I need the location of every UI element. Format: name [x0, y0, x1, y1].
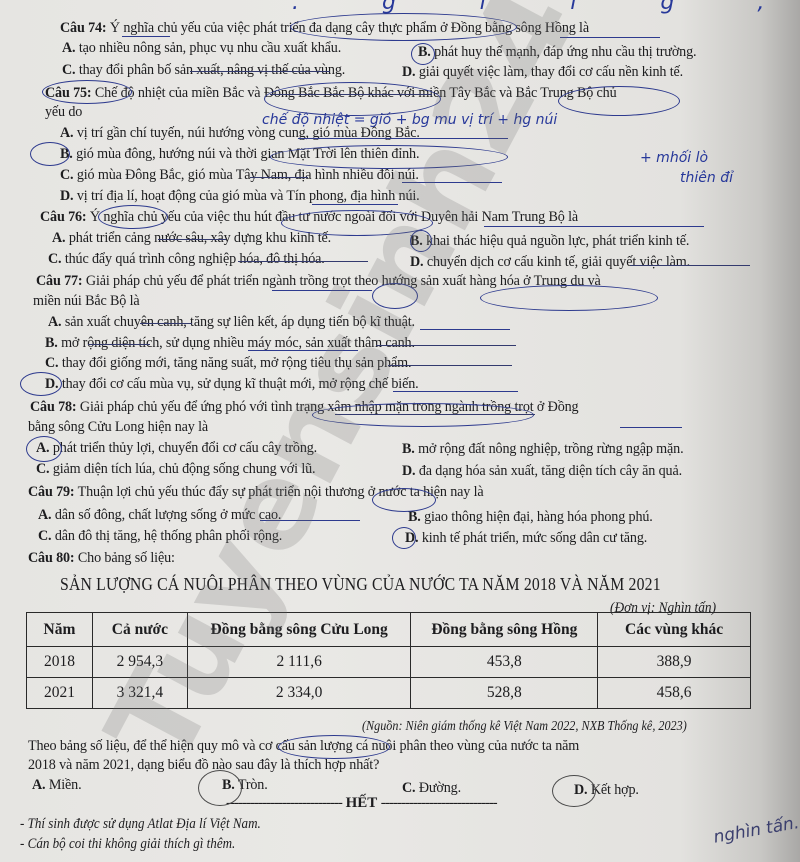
end-marker: ----------------------------- HẾT ------… — [226, 795, 497, 812]
cell: 2021 — [27, 678, 93, 709]
question-78-option-d[interactable]: D. đa dạng hóa sản xuất, tăng diện tích … — [402, 462, 682, 480]
handwriting-q75-note-3: thiên đỉ — [680, 170, 733, 186]
question-75-stem: Câu 75: Chế độ nhiệt của miền Bắc và Đôn… — [45, 84, 617, 102]
pen-underline — [272, 290, 372, 291]
question-74-option-c[interactable]: C. thay đổi phân bố sản xuất, nâng vị th… — [62, 61, 345, 79]
question-80-followup-cont: 2018 và năm 2021, dạng biểu đồ nào sau đ… — [28, 756, 379, 774]
pen-underline — [484, 226, 704, 227]
question-79-option-d[interactable]: D. kinh tế phát triển, mức sống dân cư t… — [405, 529, 647, 547]
question-76-option-a[interactable]: A. phát triển cảng nước sâu, xây dựng kh… — [52, 229, 331, 247]
strikethrough-mark — [270, 94, 432, 95]
data-table: Năm Cả nước Đồng bằng sông Cửu Long Đồng… — [26, 612, 751, 709]
handwriting-q75-note: chế độ nhiệt = gió + bg mu vị trí + hg n… — [262, 112, 557, 128]
question-75-option-c[interactable]: C. gió mùa Đông Bắc, gió mùa Tây Nam, đị… — [60, 166, 419, 184]
question-78-option-a[interactable]: A. phát triển thủy lợi, chuyển đổi cơ cấ… — [36, 439, 317, 457]
table-title: SẢN LƯỢNG CÁ NUÔI PHÂN THEO VÙNG CỦA NƯỚ… — [60, 574, 661, 595]
pen-underline — [260, 520, 360, 521]
pen-underline — [312, 204, 398, 205]
handwriting-top-fragment: . g f f g , — [292, 0, 800, 15]
strikethrough-mark — [388, 365, 512, 366]
question-78-stem-cont: bằng sông Cửu Long hiện nay là — [28, 418, 208, 436]
strikethrough-mark — [376, 345, 516, 346]
handwriting-q75-note-2: + mhối lò — [640, 150, 708, 166]
question-80-followup: Theo bảng số liệu, để thể hiện quy mô và… — [28, 737, 579, 755]
question-77-stem: Câu 77: Giải pháp chủ yếu để phát triển … — [36, 272, 601, 290]
header-year: Năm — [27, 613, 93, 647]
question-78-option-c[interactable]: C. giảm diện tích lúa, chủ động sống chu… — [36, 460, 315, 478]
question-80-option-d[interactable]: D. Kết hợp. — [574, 781, 639, 799]
question-76-option-c[interactable]: C. thúc đẩy quá trình công nghiệp hóa, đ… — [48, 250, 325, 268]
question-74-option-b[interactable]: B. phát huy thế mạnh, đáp ứng nhu cầu th… — [418, 43, 696, 61]
cell: 458,6 — [598, 678, 751, 709]
question-76-option-d[interactable]: D. chuyển dịch cơ cấu kinh tế, giải quyế… — [410, 253, 690, 271]
question-74-stem: Câu 74: Ý nghĩa chủ yếu của việc phát tr… — [60, 19, 589, 37]
exam-page: . g f f g , Câu 74: Ý nghĩa chủ yếu của … — [0, 0, 800, 862]
question-74-option-a[interactable]: A. tạo nhiều nông sản, phục vụ nhu cầu x… — [62, 39, 341, 57]
question-77-option-b[interactable]: B. mở rộng diện tích, sử dụng nhiều máy … — [45, 334, 415, 352]
question-80-option-a[interactable]: A. Miền. — [32, 776, 82, 794]
cell: 2018 — [27, 647, 93, 678]
header-mekong-delta: Đồng bằng sông Cửu Long — [187, 613, 411, 647]
handwriting-bottom-note: nghìn tấn. — [712, 813, 800, 848]
question-77-option-d[interactable]: D. thay đổi cơ cấu mùa vụ, sử dụng kĩ th… — [45, 375, 419, 393]
cell: 3 321,4 — [92, 678, 187, 709]
strikethrough-mark — [88, 344, 150, 345]
header-other-regions: Các vùng khác — [598, 613, 751, 647]
pen-underline — [560, 37, 660, 38]
header-red-river-delta: Đồng bằng sông Hồng — [411, 613, 598, 647]
cell: 453,8 — [411, 647, 598, 678]
question-79-option-b[interactable]: B. giao thông hiện đại, hàng hóa phong p… — [408, 508, 653, 526]
strikethrough-mark — [238, 261, 368, 262]
cell: 528,8 — [411, 678, 598, 709]
cell: 2 954,3 — [92, 647, 187, 678]
cell: 2 111,6 — [187, 647, 411, 678]
header-whole-country: Cả nước — [92, 613, 187, 647]
table-row: 2021 3 321,4 2 334,0 528,8 458,6 — [27, 678, 751, 709]
question-80-option-b[interactable]: B. Tròn. — [222, 776, 268, 794]
question-75-option-d[interactable]: D. vị trí địa lí, hoạt động của gió mùa … — [60, 187, 420, 205]
question-79-option-c[interactable]: C. dân đô thị tăng, hệ thống phân phối r… — [38, 527, 282, 545]
question-79-stem: Câu 79: Thuận lợi chủ yếu thúc đẩy sự ph… — [28, 483, 484, 501]
cell: 388,9 — [598, 647, 751, 678]
pen-underline — [402, 182, 502, 183]
table-row: 2018 2 954,3 2 111,6 453,8 388,9 — [27, 647, 751, 678]
question-77-stem-cont: miền núi Bắc Bộ là — [33, 292, 140, 310]
question-77-option-c[interactable]: C. thay đổi giống mới, tăng năng suất, m… — [45, 354, 411, 372]
question-77-option-a[interactable]: A. sản xuất chuyên canh, tăng sự liên kế… — [48, 313, 415, 331]
strikethrough-mark — [250, 177, 308, 178]
question-75-stem-cont: yếu do — [45, 103, 82, 121]
footnote-proctor: - Cán bộ coi thi không giải thích gì thê… — [20, 836, 235, 853]
strikethrough-mark — [158, 239, 226, 240]
pen-underline — [393, 391, 518, 392]
question-75-option-b[interactable]: B. gió mùa đông, hướng núi và thời gian … — [60, 145, 419, 163]
question-76-option-b[interactable]: B. khai thác hiệu quả nguồn lực, phát tr… — [410, 232, 689, 250]
pen-underline — [248, 350, 358, 351]
question-79-option-a[interactable]: A. dân số đông, chất lượng sống ở mức ca… — [38, 506, 281, 524]
question-74-option-d[interactable]: D. giải quyết việc làm, thay đổi cơ cấu … — [402, 63, 683, 81]
table-header-row: Năm Cả nước Đồng bằng sông Cửu Long Đồng… — [27, 613, 751, 647]
strikethrough-mark — [630, 265, 750, 266]
pen-underline — [420, 329, 510, 330]
question-76-stem: Câu 76: Ý nghĩa chủ yếu của việc thu hút… — [40, 208, 578, 226]
pen-underline — [122, 36, 170, 37]
cell: 2 334,0 — [187, 678, 411, 709]
strikethrough-mark — [140, 323, 192, 324]
pen-underline — [298, 138, 508, 139]
question-80-stem: Câu 80: Cho bảng số liệu: — [28, 549, 175, 567]
table-source: (Nguồn: Niên giám thống kê Việt Nam 2022… — [362, 718, 687, 734]
pen-underline — [620, 427, 682, 428]
footnote-atlas: - Thí sinh được sử dụng Atlat Địa lí Việ… — [20, 816, 261, 833]
strikethrough-mark — [335, 414, 535, 415]
question-78-option-b[interactable]: B. mở rộng đất nông nghiệp, trồng rừng n… — [402, 440, 683, 458]
strikethrough-mark — [190, 71, 330, 72]
